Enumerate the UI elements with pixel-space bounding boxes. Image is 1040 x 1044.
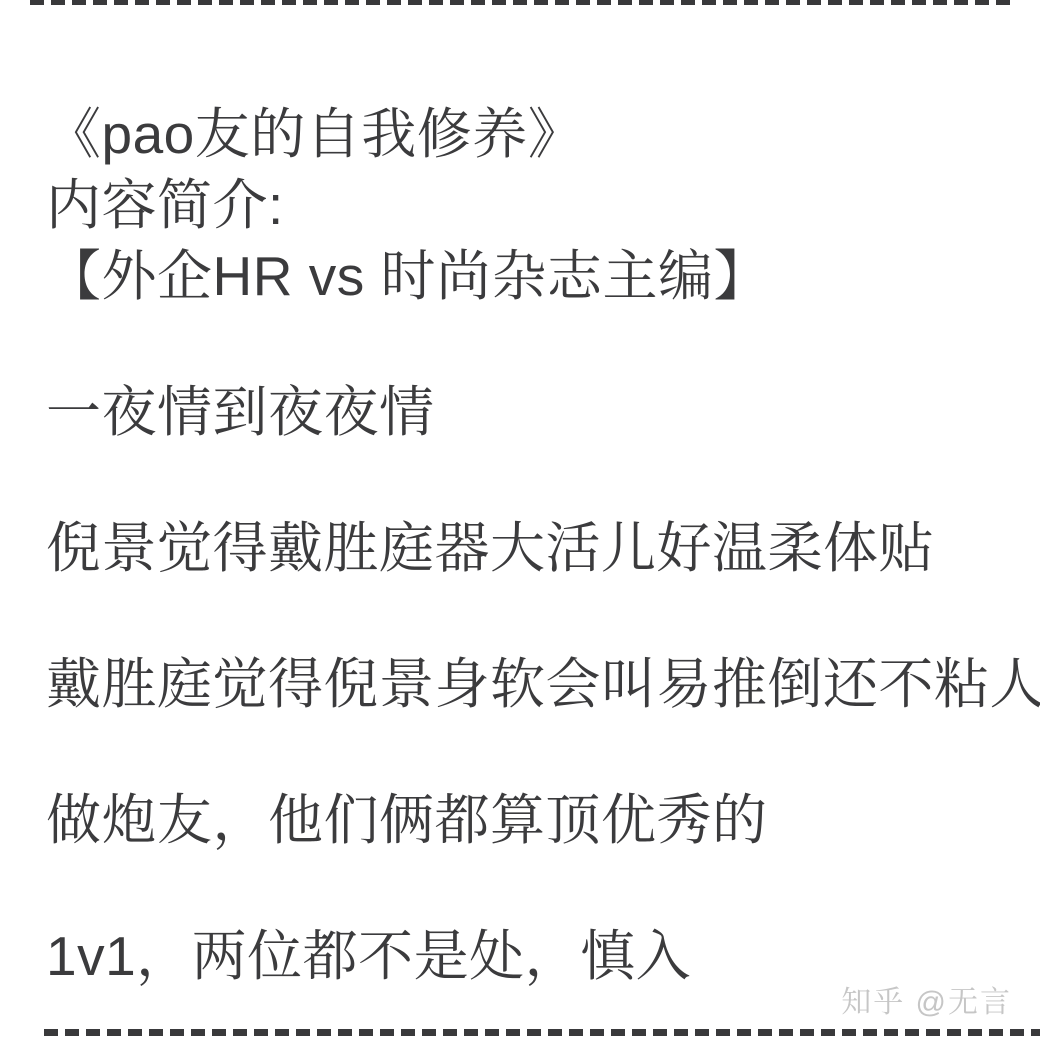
zhihu-watermark: 知乎 @无言: [841, 977, 1012, 1021]
paragraph: 一夜情到夜夜情: [46, 377, 1020, 448]
post-body-text: 《pao友的自我修养》内容简介:【外企HR vs 时尚杂志主编】一夜情到夜夜情倪…: [46, 99, 1020, 992]
text-line: 【外企HR vs 时尚杂志主编】: [46, 241, 1020, 312]
text-line: 内容简介:: [46, 170, 1020, 241]
bottom-dashed-separator: [44, 1029, 1040, 1036]
text-line: 倪景觉得戴胜庭器大活儿好温柔体贴: [46, 513, 1020, 584]
text-line: 《pao友的自我修养》: [46, 99, 1020, 170]
top-dashed-separator: [30, 0, 1010, 5]
text-line: 做炮友，他们俩都算顶优秀的: [46, 785, 1020, 856]
post-screenshot: 《pao友的自我修养》内容简介:【外企HR vs 时尚杂志主编】一夜情到夜夜情倪…: [0, 0, 1040, 1044]
paragraph: 倪景觉得戴胜庭器大活儿好温柔体贴: [46, 513, 1020, 584]
paragraph: 做炮友，他们俩都算顶优秀的: [46, 785, 1020, 856]
text-line: 一夜情到夜夜情: [46, 377, 1020, 448]
text-line: 戴胜庭觉得倪景身软会叫易推倒还不粘人: [46, 649, 1020, 720]
paragraph: 戴胜庭觉得倪景身软会叫易推倒还不粘人: [46, 649, 1020, 720]
paragraph: 《pao友的自我修养》内容简介:【外企HR vs 时尚杂志主编】: [46, 99, 1020, 312]
